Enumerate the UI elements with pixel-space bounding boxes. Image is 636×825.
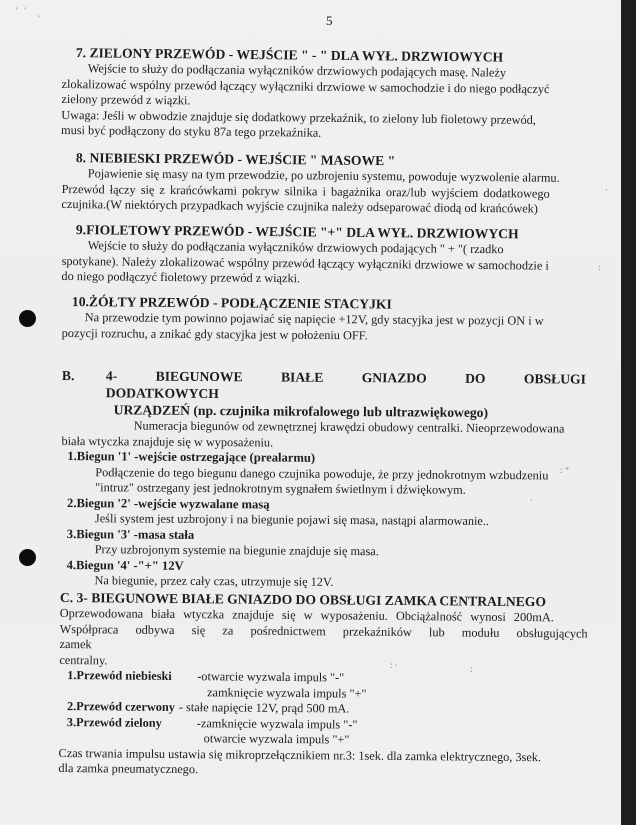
scanner-edge: [621, 0, 636, 825]
punch-hole: [19, 310, 36, 327]
scan-speck: ·: [605, 185, 608, 195]
scan-speck: :: [470, 664, 473, 674]
wire-3-label: 3.Przewód zielony: [67, 715, 197, 732]
section-b-letter: B.: [62, 367, 106, 401]
wire-2-line: - stałe napięcie 12V, prąd 500 mA.: [179, 700, 350, 717]
section-10: 10.ŻÓŁTY PRZEWÓD - PODŁĄCZENIE STACYJKI …: [62, 293, 592, 345]
scan-speck: ': [38, 14, 40, 24]
section-8: 8. NIEBIESKI PRZEWÓD - WEJŚCIE " MASOWE …: [61, 149, 592, 218]
scan-speck: ' ': [16, 6, 26, 16]
wire-3-line: -zamknięcie wyzwala impuls "-": [197, 716, 358, 733]
wire-1-line: -otwarcie wyzwala impuls "-": [197, 669, 344, 686]
section-c: C. 3- BIEGUNOWE BIAŁE GNIAZDO DO OBSŁUGI…: [58, 589, 588, 781]
section-c-intro: Współpraca odbywa się za pośrednictwem p…: [59, 621, 587, 657]
section-b-title: B. 4- BIEGUNOWE BIAŁE GNIAZDO DO OBSŁUGI…: [62, 367, 586, 405]
scan-speck: ·: [530, 495, 533, 505]
scan-speck: : ·: [390, 660, 398, 670]
scan-speck: :: [598, 262, 601, 272]
page-number: 5: [326, 13, 333, 29]
scan-speck: : ⁺: [560, 465, 570, 476]
wire-1: 1.Przewód niebieski -otwarcie wyzwala im…: [67, 668, 587, 688]
punch-hole: [19, 549, 36, 566]
section-7: 7. ZIELONY PRZEWÓD - WEJŚCIE " - " DLA W…: [61, 44, 582, 144]
scanned-page: 5 7. ZIELONY PRZEWÓD - WEJŚCIE " - " DLA…: [0, 0, 621, 825]
section-9: 9.FIOLETOWY PRZEWÓD - WEJŚCIE "+" DLA WY…: [61, 221, 592, 290]
wire-2-label: 2.Przewód czerwony: [67, 699, 175, 715]
wire-1-label: 1.Przewód niebieski: [67, 668, 197, 685]
section-b: B. 4- BIEGUNOWE BIAŁE GNIAZDO DO OBSŁUGI…: [60, 367, 586, 592]
section-b-title-line1: 4- BIEGUNOWE BIAŁE GNIAZDO DO OBSŁUGI DO…: [106, 367, 586, 404]
